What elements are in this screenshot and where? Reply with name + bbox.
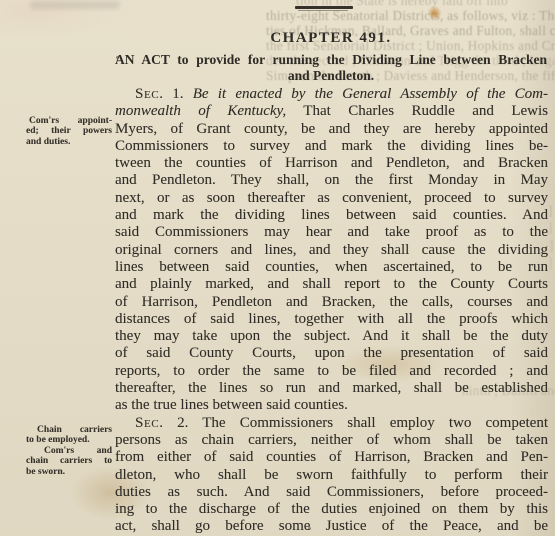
smudge-mark (30, 1, 120, 9)
body-line: ing to the discharge of the duties enjoi… (115, 501, 548, 518)
body-line: they may take upon the subject. And it s… (115, 328, 548, 345)
body-line: persons as chain carriers, neither of wh… (115, 432, 548, 449)
body-text-segment: from either of said counties of Harrison… (115, 449, 548, 465)
section-label: Sec (135, 415, 159, 431)
act-title-line1: AN ACT to provide for running the Dividi… (115, 52, 547, 68)
section-label: Sec (135, 86, 159, 102)
body-line: lines between said counties, when ascert… (115, 259, 548, 276)
body-line: Sec. 1. Be it enacted by the General Ass… (115, 86, 548, 103)
body-text-segment: of Harrison, Pendleton and Bracken, the … (115, 294, 548, 310)
body-line: duties as such. And said Commissioners, … (115, 484, 548, 501)
body-line: and Pendleton. They shall, on the first … (115, 172, 548, 189)
body-text-segment: persons as chain carriers, neither of wh… (115, 432, 548, 448)
body-line: act, shall go before some Justice of the… (115, 518, 548, 535)
body-line: Sec. 2. The Commissioners shall employ t… (115, 415, 548, 432)
body-line: Myers, of Grant county, be and they are … (115, 121, 548, 138)
body-text-segment: said Commissioners may hear and take pro… (115, 224, 548, 240)
margin-note-line: be sworn. (26, 467, 112, 477)
body-text: Sec. 1. Be it enacted by the General Ass… (115, 86, 548, 536)
bleed-through-text: ] (548, 221, 553, 235)
margin-note-commissioners-appointed: Com'rs appoint-ed; their powersand dutie… (26, 116, 112, 147)
body-text-segment: distances of said lines, together with a… (115, 311, 548, 327)
bleed-through-text: thirty-eight Senatorial Districts, as fo… (266, 9, 555, 23)
body-text-segment: lines between said counties, when ascert… (115, 259, 548, 275)
act-title-line2: and Pendleton. (115, 68, 547, 84)
body-line: monwealth of Kentucky, That Charles Rudd… (115, 103, 548, 120)
margin-note-line: chain carriers to (26, 456, 112, 466)
orange-stain (427, 6, 442, 20)
body-line: of said County Courts, upon the presenta… (115, 345, 548, 362)
body-text-segment: of said County Courts, upon the presenta… (115, 345, 548, 361)
body-line: and mark the dividing lines between said… (115, 207, 548, 224)
margin-note-line: Com'rs appoint- (26, 116, 112, 126)
body-text-segment: . 2. The Commissioners shall employ two … (159, 415, 548, 431)
margin-note-chain-carriers: Chain carriersto be employed. (26, 425, 112, 446)
bleed-through-text: ] (548, 204, 553, 218)
body-text-segment: That Charles Ruddle and Lewis (286, 103, 548, 119)
body-line: said Commissioners may hear and take pro… (115, 224, 548, 241)
margin-note-sworn: Com'rs andchain carriers tobe sworn. (26, 446, 112, 477)
enacting-clause-italic: monwealth of Kentucky, (115, 103, 286, 119)
margin-note-line: Chain carriers (26, 425, 112, 435)
body-line: next, or as soon thereafter as convenien… (115, 190, 548, 207)
body-line: original corners and lines, and they sha… (115, 242, 548, 259)
body-text-segment: and Pendleton. They shall, on the first … (115, 172, 548, 188)
body-text-segment: Commissioners to survey and mark the div… (115, 138, 548, 154)
body-text-segment: duties as such. And said Commissioners, … (115, 484, 548, 500)
margin-note-line: and duties. (26, 137, 112, 147)
body-line: as the true lines between said counties. (115, 397, 548, 414)
body-line: tween the counties of Harrison and Pendl… (115, 155, 548, 172)
body-text-segment: as the true lines between said counties. (115, 397, 348, 413)
body-text-segment: Myers, of Grant county, be and they are … (115, 121, 548, 137)
section-divider-rule-echo (298, 10, 348, 11)
scanned-page: tion in the State is hereby laid off int… (0, 0, 555, 536)
body-text-segment: act, shall go before some Justice of the… (115, 518, 548, 534)
body-line: from either of said counties of Harrison… (115, 449, 548, 466)
body-text-segment: and mark the dividing lines between said… (115, 207, 548, 223)
chapter-heading: CHAPTER 491. (115, 30, 547, 47)
body-text-segment: next, or as soon thereafter as convenien… (115, 190, 548, 206)
body-text-segment: dleton, who shall be sworn faithfully to… (115, 467, 548, 483)
body-text-segment: they may take upon the subject. And it s… (115, 328, 548, 344)
body-text-segment: tween the counties of Harrison and Pendl… (115, 155, 548, 171)
body-line: reports, to order the same to be filed a… (115, 363, 548, 380)
body-text-segment: . 1. (159, 86, 192, 102)
body-text-segment: thereafter, the lines so run and marked,… (115, 380, 548, 396)
margin-note-line: ed; their powers (26, 126, 112, 136)
section-divider-rule (295, 6, 353, 9)
body-line: and plainly marked, and shall report to … (115, 276, 548, 293)
body-text-segment: original corners and lines, and they sha… (115, 242, 548, 258)
body-text-segment: and plainly marked, and shall report to … (115, 276, 548, 292)
enacting-clause-italic: Be it enacted by the General Assembly of… (193, 86, 548, 102)
body-line: distances of said lines, together with a… (115, 311, 548, 328)
margin-note-line: Com'rs and (26, 446, 112, 456)
body-text-segment: reports, to order the same to be filed a… (115, 363, 548, 379)
bleed-through-text: ] (549, 239, 554, 253)
bleed-through-text: ] (548, 256, 553, 270)
margin-note-line: to be employed. (26, 435, 112, 445)
body-line: of Harrison, Pendleton and Bracken, the … (115, 294, 548, 311)
body-line: dleton, who shall be sworn faithfully to… (115, 467, 548, 484)
body-text-segment: ing to the discharge of the duties enjoi… (115, 501, 548, 517)
body-line: Commissioners to survey and mark the div… (115, 138, 548, 155)
body-line: thereafter, the lines so run and marked,… (115, 380, 548, 397)
